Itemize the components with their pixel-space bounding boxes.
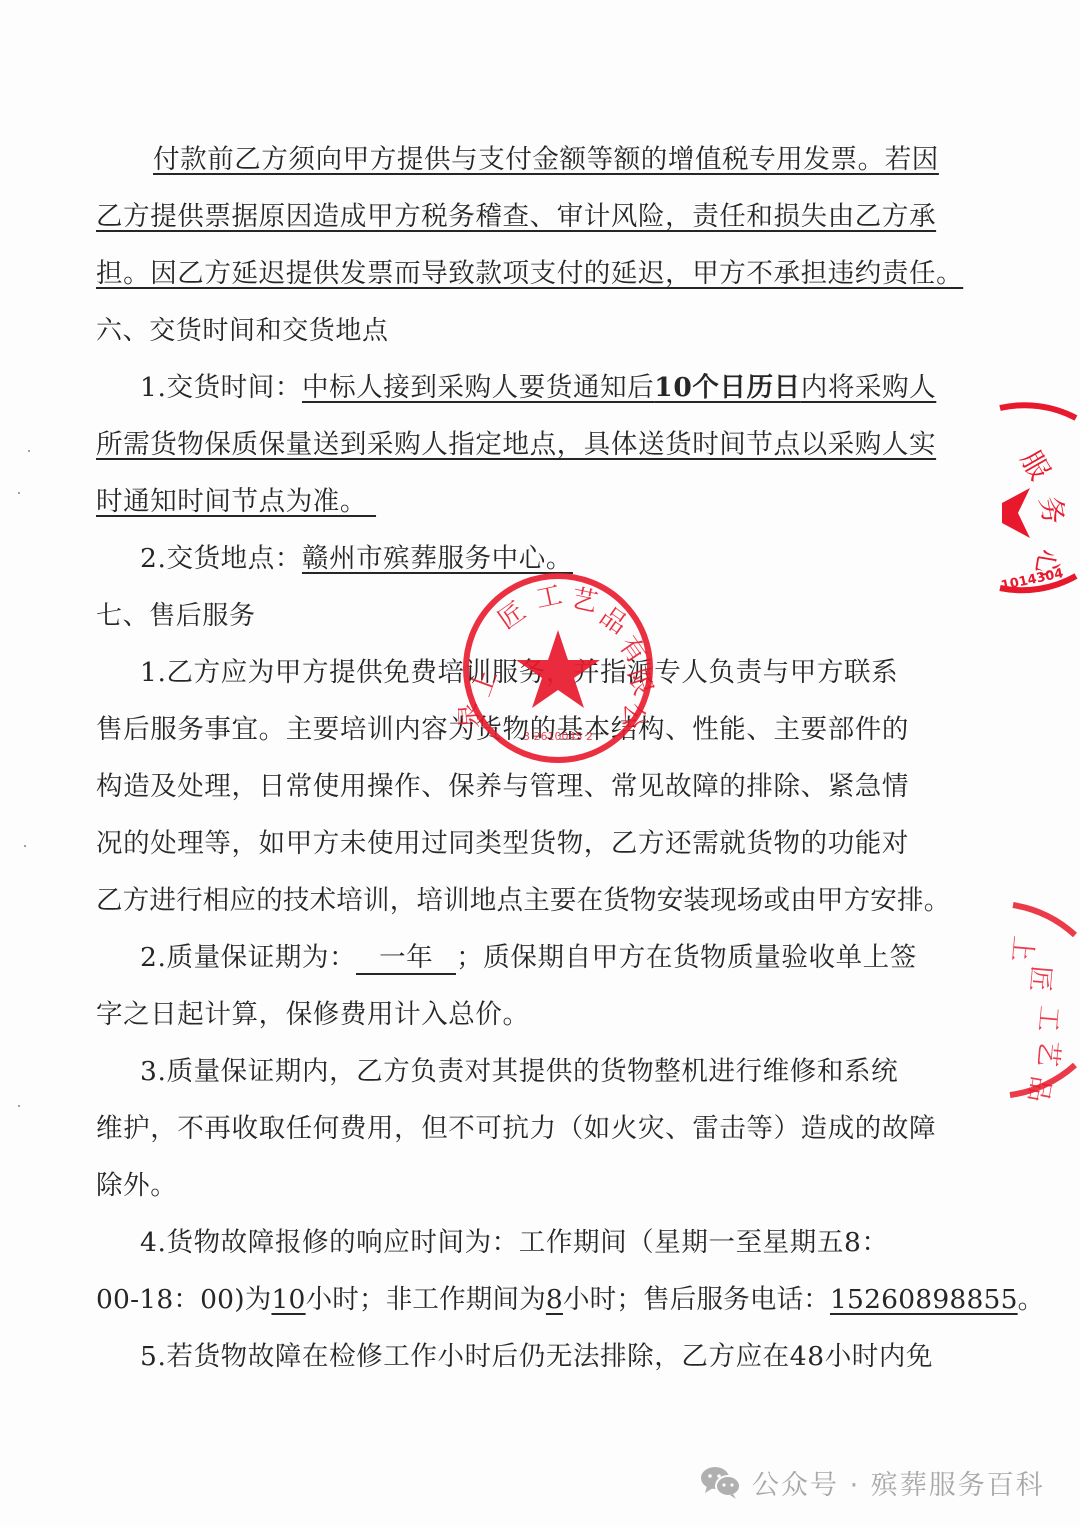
warranty-line-1-post: ；质保期自甲方在货物质量验收单上签 [456, 942, 917, 973]
svg-text:上: 上 [1006, 934, 1038, 963]
wechat-icon [700, 1465, 742, 1499]
delivery-place-value: 赣州市殡葬服务中心。 [302, 543, 573, 574]
company-seal-edge-stamp: 上 匠 工 艺 品 [1005, 895, 1080, 1105]
service-center-seal-stamp: 服 务 心 1014304 [990, 388, 1080, 598]
document-page: 付款前乙方须向甲方提供与支付金额等额的增值税专用发票。若因 乙方提供票据原因造成… [0, 0, 1080, 1527]
response-time-line-2: 00-18：00)为10小时；非工作期间为8小时；售后服务电话：15260898… [96, 1282, 980, 1318]
training-line-5: 乙方进行相应的技术培训，培训地点主要在货物安装现场或由甲方安排。 [96, 883, 980, 919]
wechat-account-footer: 公众号 · 殡葬服务百科 [700, 1462, 1045, 1502]
work-hours-value: 10 [271, 1284, 305, 1315]
warranty-period-value: 一年 [356, 943, 456, 975]
delivery-place-label: 2.交货地点： [140, 543, 302, 574]
svg-text:匠: 匠 [1024, 964, 1056, 993]
training-line-4: 况的处理等，如甲方未使用过同类型货物，乙方还需就货物的功能对 [96, 826, 980, 862]
delivery-time-label: 1.交货时间： [140, 372, 302, 403]
delivery-time-line-1: 1.交货时间：中标人接到采购人要货通知后10个日历日内将采购人 [140, 370, 980, 406]
delivery-time-text-pre: 中标人接到采购人要货通知后 [302, 372, 654, 403]
delivery-time-line-3: 时通知时间节点为准。 [96, 484, 980, 520]
service-phone-number: 15260898855 [830, 1284, 1018, 1315]
training-line-2: 售后服务事宜。主要培训内容为货物的基本结构、性能、主要部件的 [96, 712, 980, 748]
delivery-time-line-3-text: 时通知时间节点为准。 [96, 486, 367, 517]
response-hours-text-a: 00-18：00)为 [96, 1284, 271, 1315]
training-line-1: 1.乙方应为甲方提供免费培训服务，并指派专人负责与甲方联系 [140, 655, 980, 691]
delivery-time-line-2: 所需货物保质保量送到采购人指定地点，具体送货时间节点以采购人实 [96, 427, 980, 463]
warranty-label: 2.质量保证期为： [140, 942, 356, 973]
svg-text:1014304: 1014304 [1000, 566, 1065, 594]
section-7-heading: 七、售后服务 [96, 598, 980, 634]
scan-speck [18, 1105, 20, 1107]
maintenance-line-1: 3.质量保证期内，乙方负责对其提供的货物整机进行维修和系统 [140, 1054, 980, 1090]
maintenance-line-2: 维护，不再收取任何费用，但不可抗力（如火灾、雷击等）造成的故障 [96, 1111, 980, 1147]
invoice-paragraph-line-1: 付款前乙方须向甲方提供与支付金额等额的增值税专用发票。若因 [153, 142, 973, 178]
maintenance-line-3: 除外。 [96, 1168, 980, 1204]
invoice-paragraph-line-2: 乙方提供票据原因造成甲方税务稽查、审计风险，责任和损失由乙方承 [96, 199, 980, 235]
off-hours-value: 8 [546, 1284, 563, 1315]
unresolved-fault-line-1: 5.若货物故障在检修工作小时后仍无法排除，乙方应在48小时内免 [140, 1339, 980, 1375]
invoice-paragraph-line-3: 担。因乙方延迟提供发票而导致款项支付的延迟，甲方不承担违约责任。 [96, 256, 980, 292]
delivery-place-line: 2.交货地点：赣州市殡葬服务中心。 [140, 541, 980, 577]
training-line-3: 构造及处理，日常使用操作、保养与管理、常见故障的排除、紧急情 [96, 769, 980, 805]
svg-text:艺: 艺 [1032, 1039, 1064, 1068]
svg-text:品: 品 [1022, 1074, 1056, 1105]
svg-text:工: 工 [1032, 1004, 1064, 1033]
svg-text:心: 心 [1028, 547, 1066, 581]
svg-text:务: 务 [1033, 493, 1070, 526]
warranty-line-2: 字之日起计算，保修费用计入总价。 [96, 997, 980, 1033]
service-phone-label: 小时；售后服务电话： [563, 1284, 830, 1315]
footer-account-label: 公众号 · 殡葬服务百科 [752, 1463, 1045, 1502]
delivery-time-text-post: 内将采购人 [801, 372, 937, 403]
delivery-time-days: 10个日历日 [654, 372, 800, 403]
scan-speck [24, 845, 26, 847]
scan-speck [18, 492, 20, 494]
star-fragment-icon [1002, 488, 1030, 538]
response-time-line-1: 4.货物故障报修的响应时间为：工作期间（星期一至星期五8： [140, 1225, 980, 1261]
section-6-heading: 六、交货时间和交货地点 [96, 313, 980, 349]
svg-text:服: 服 [1014, 445, 1057, 486]
warranty-line-1: 2.质量保证期为：一年；质保期自甲方在货物质量验收单上签 [140, 940, 980, 976]
scan-speck [28, 450, 30, 452]
response-hours-text-b: 小时；非工作期间为 [306, 1284, 546, 1315]
response-hours-text-d: 。 [1018, 1284, 1045, 1315]
